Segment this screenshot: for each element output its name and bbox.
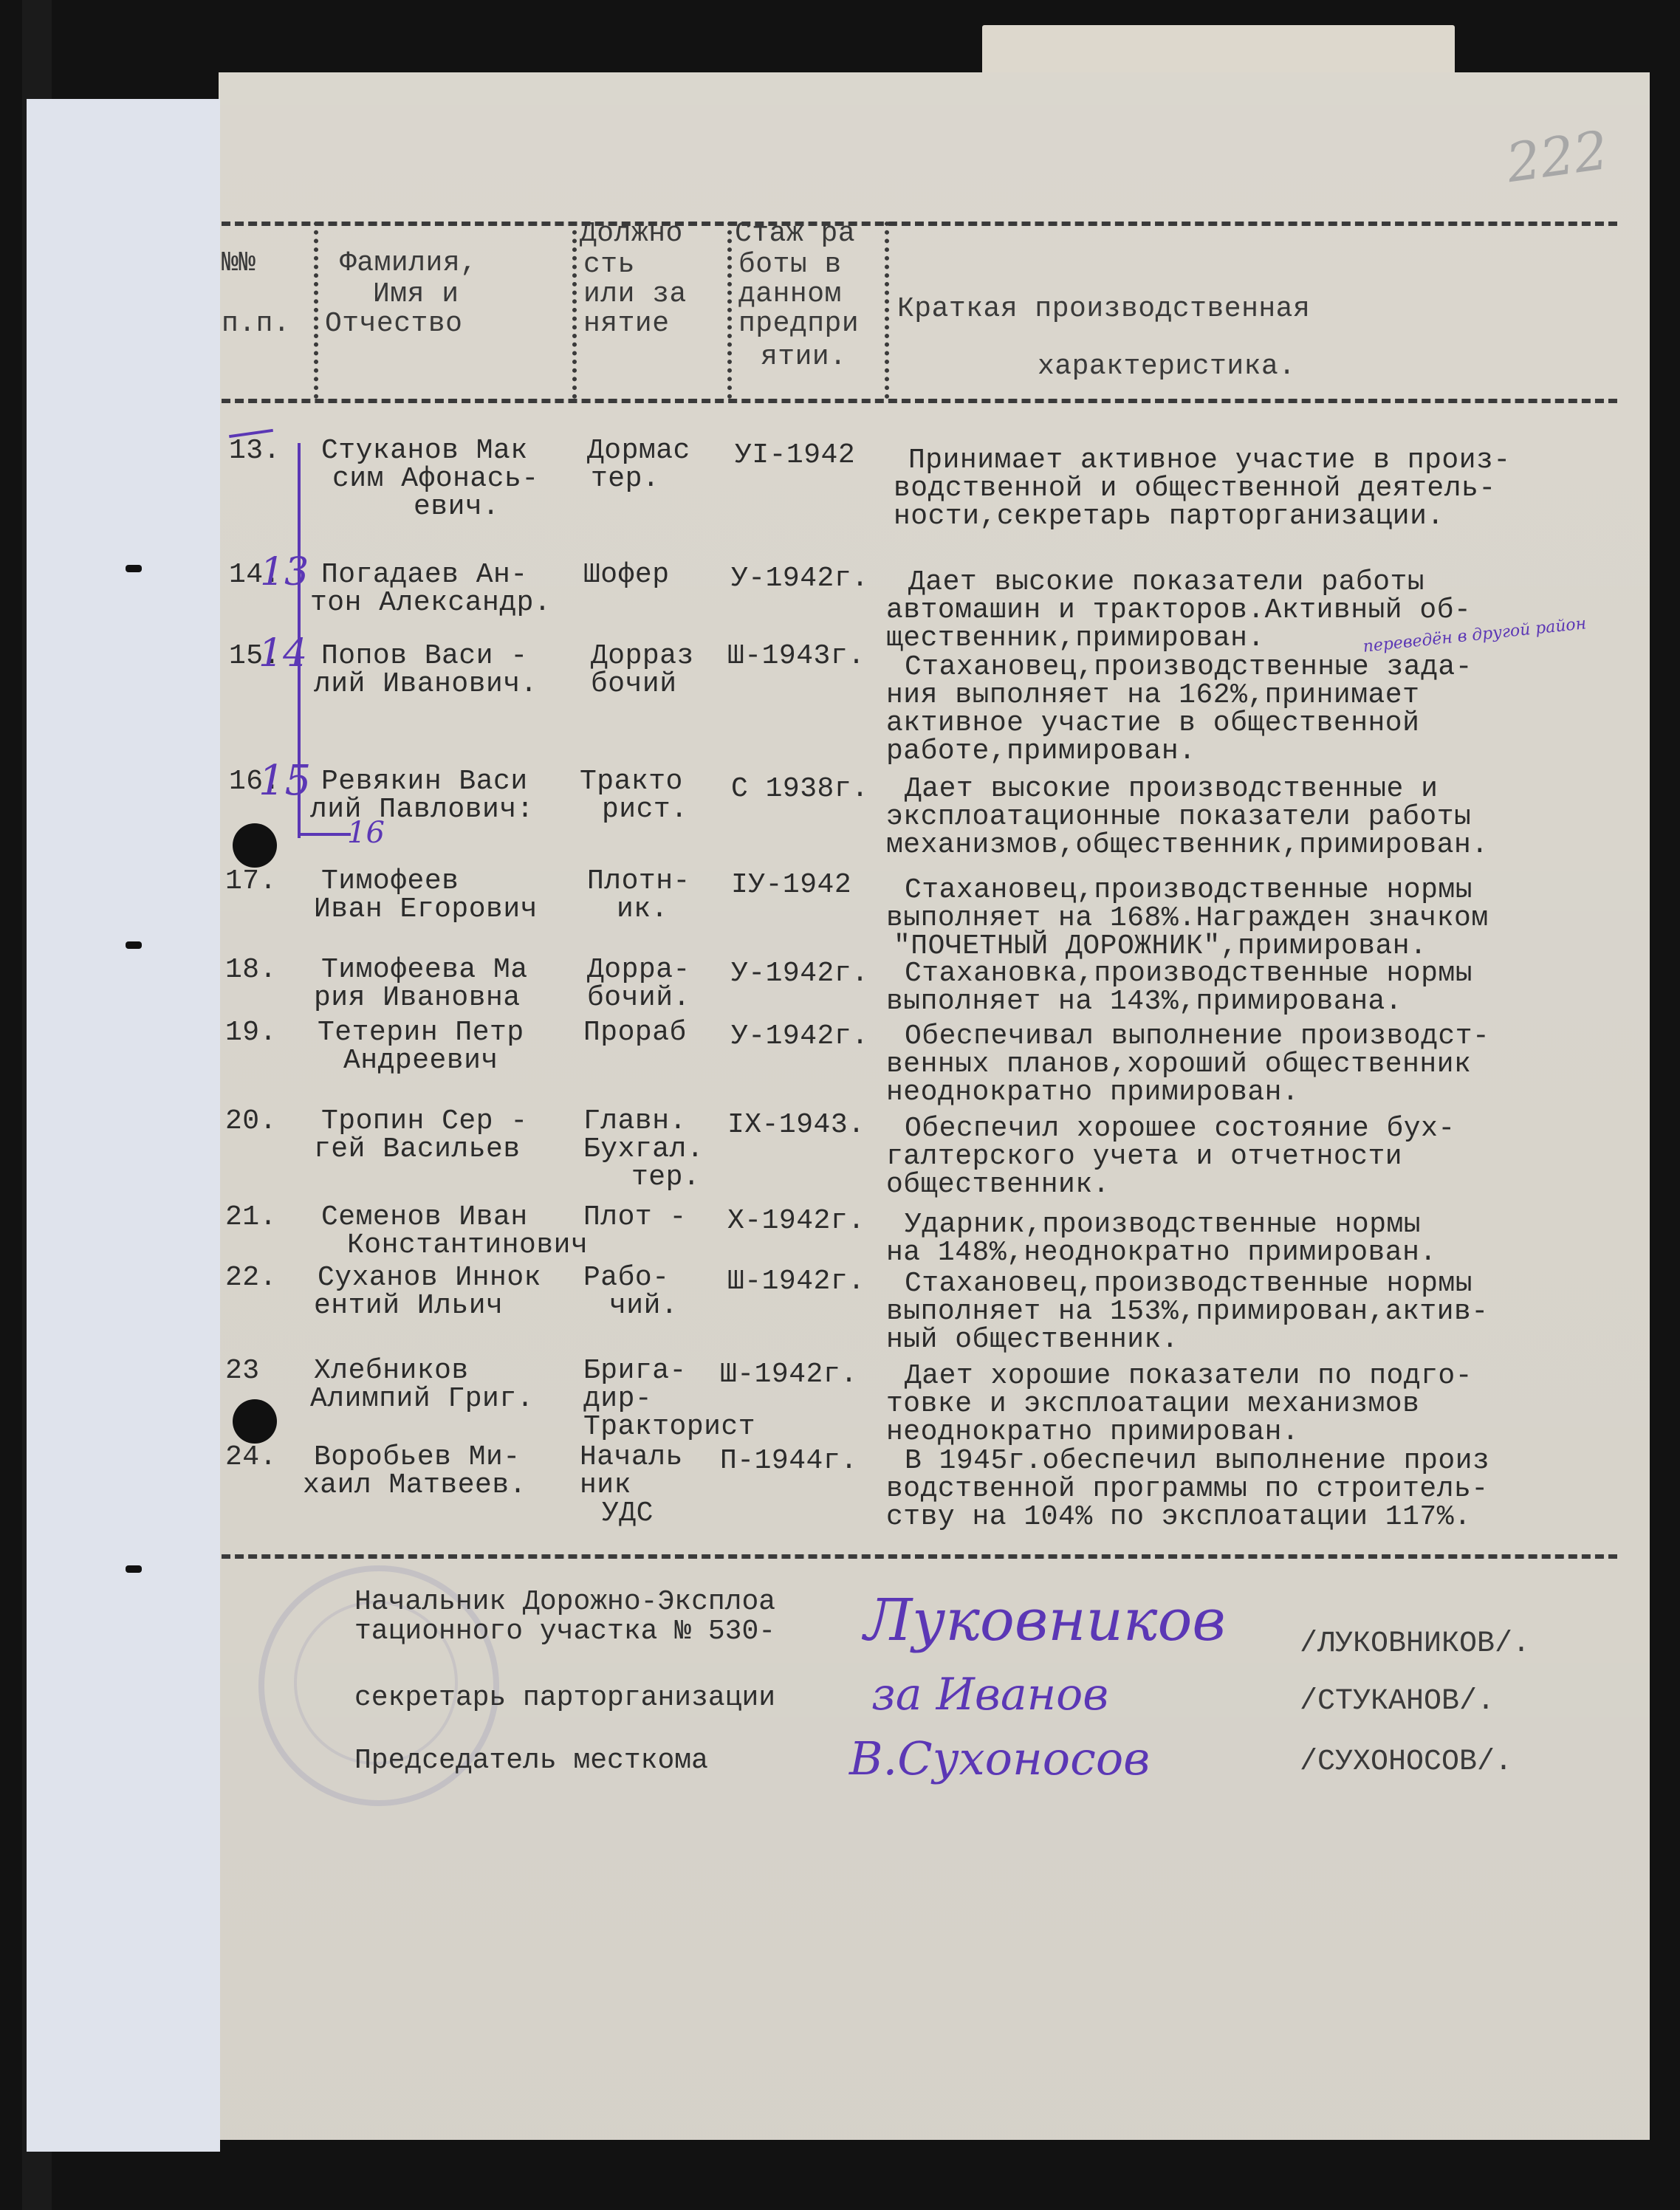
row-name: Тропин Сер -: [321, 1108, 528, 1136]
row-name: Иван Егорович: [314, 896, 538, 924]
row-position: Плотн-: [587, 868, 690, 896]
handwritten-signature: за Иванов: [871, 1669, 1108, 1720]
header-desc-line1: Краткая производственная: [897, 295, 1310, 323]
row-name: рия Ивановна: [314, 984, 521, 1012]
row-number: 22.: [225, 1264, 277, 1292]
row-name: Хлебников: [314, 1357, 469, 1385]
correction-number: 13: [260, 550, 309, 594]
signer-title: тационного участка № 530-: [354, 1617, 775, 1647]
margin-mark: [126, 565, 142, 572]
row-tenure: IХ-1943.: [727, 1111, 865, 1139]
row-name: Семенов Иван: [321, 1204, 528, 1232]
row-position: Плот -: [583, 1204, 687, 1232]
row-desc: водственной программы по строитель-: [886, 1475, 1489, 1503]
signer-name: /СТУКАНОВ/.: [1300, 1687, 1495, 1717]
row-name: Погадаев Ан-: [321, 561, 528, 589]
row-name: Суханов Иннок: [318, 1264, 541, 1292]
header-name-line1: Фамилия,: [340, 250, 477, 278]
row-tenure: Х-1942г.: [727, 1207, 865, 1235]
header-tenure-line4: предпри: [738, 310, 859, 338]
row-position: Главн.: [583, 1108, 687, 1136]
row-tenure: IУ-1942: [731, 871, 851, 899]
row-number: 18.: [225, 956, 277, 984]
row-name: Тетерин Петр: [318, 1019, 524, 1047]
row-tenure: У-1942г.: [731, 1023, 868, 1051]
row-position: тер.: [631, 1164, 700, 1192]
row-name: евич.: [414, 493, 500, 521]
row-desc: выполняет на 143%,примирована.: [886, 988, 1402, 1016]
row-desc: эксплоатационные показатели работы: [886, 803, 1471, 831]
row-position: Брига-: [583, 1357, 687, 1385]
row-number: 17.: [225, 868, 277, 896]
row-position: рист.: [602, 796, 688, 824]
row-desc: Дает высокие производственные и: [905, 775, 1438, 803]
header-position-line1: Должно: [580, 220, 683, 248]
table-top-rule: [222, 222, 1617, 226]
row-position: УДС: [602, 1500, 654, 1528]
row-name: хаил Матвеев.: [303, 1472, 527, 1500]
row-name: Стуканов Мак: [321, 437, 528, 465]
handwritten-signature: В.Сухоносов: [849, 1732, 1150, 1785]
row-number: 19.: [225, 1019, 277, 1047]
row-tenure: С 1938г.: [731, 775, 868, 803]
row-desc: Дает хорошие показатели по подго-: [905, 1362, 1472, 1390]
row-tenure: Ш-1943г.: [727, 642, 865, 670]
row-name: ентий Ильич: [314, 1292, 503, 1320]
signer-name: /СУХОНОСОВ/.: [1300, 1748, 1512, 1777]
row-position: чий.: [609, 1292, 678, 1320]
row-tenure: У-1942г.: [731, 960, 868, 988]
row-name: Попов Васи -: [321, 642, 528, 670]
row-desc: ности,секретарь парторганизации.: [894, 503, 1444, 531]
row-desc: Дает высокие показатели работы: [908, 569, 1424, 597]
archive-margin-strip: [27, 99, 220, 2152]
row-position: Дорраз: [591, 642, 694, 670]
row-desc: механизмов,общественник,примирован.: [886, 831, 1489, 859]
row-desc: работе,примирован.: [886, 738, 1196, 766]
header-position-line3: или за: [583, 281, 687, 309]
header-num-line1: №№: [222, 250, 256, 278]
row-position: бочий: [591, 670, 677, 699]
row-name: Андреевич: [343, 1047, 498, 1075]
row-desc: водственной и общественной деятель-: [894, 475, 1496, 503]
signer-name: /ЛУКОВНИКОВ/.: [1300, 1630, 1530, 1659]
row-position: бочий.: [587, 984, 690, 1012]
row-desc: Принимает активное участие в произ-: [908, 447, 1511, 475]
table-bottom-rule: [222, 1554, 1617, 1559]
row-number: 20.: [225, 1108, 277, 1136]
row-desc: неоднократно примирован.: [886, 1418, 1299, 1447]
row-position: ник: [580, 1472, 631, 1500]
header-num-line2: п.п.: [222, 310, 290, 338]
row-desc: галтерского учета и отчетности: [886, 1143, 1402, 1171]
row-desc: Стахановец,производственные зада-: [905, 653, 1472, 682]
header-tenure-line1: Стаж ра: [735, 220, 855, 248]
row-name: сим Афонась-: [332, 465, 539, 493]
row-number: 24.: [225, 1444, 277, 1472]
row-position: Тракторист: [583, 1413, 755, 1441]
row-position: тер.: [591, 465, 659, 493]
header-tenure-line3: данном: [738, 281, 842, 309]
row-desc: товке и эксплоатации механизмов: [886, 1390, 1419, 1418]
row-tenure: УI-1942: [735, 442, 855, 470]
row-tenure: Ш-1942г.: [720, 1361, 857, 1389]
row-desc: общественник.: [886, 1171, 1110, 1199]
row-desc: Стахановка,производственные нормы: [905, 960, 1472, 988]
table-header-rule: [222, 399, 1617, 403]
row-position: Началь: [580, 1444, 683, 1472]
row-desc: выполняет на 153%,примирован,актив-: [886, 1298, 1489, 1326]
row-position: Прораб: [583, 1019, 687, 1047]
header-tenure-line5: ятии.: [761, 343, 847, 371]
row-position: ик.: [617, 896, 668, 924]
row-name: гей Васильев: [314, 1136, 521, 1164]
row-desc: ству на 104% по эксплоатации 117%.: [886, 1503, 1471, 1531]
row-desc: Стахановец,производственные нормы: [905, 876, 1472, 905]
row-name: тон Александр.: [310, 589, 551, 617]
margin-mark: [126, 941, 142, 949]
row-desc: выполняет на 168%.Награжден значком: [886, 905, 1489, 933]
row-desc: "ПОЧЕТНЫЙ ДОРОЖНИК",примирован.: [894, 933, 1427, 961]
row-desc: В 1945г.обеспечил выполнение произ: [905, 1447, 1489, 1475]
row-position: Дормас: [587, 437, 690, 465]
row-desc: Ударник,производственные нормы: [905, 1211, 1421, 1239]
signer-title: секретарь парторганизации: [354, 1684, 775, 1713]
bracket-line: [298, 443, 301, 838]
column-separator: [572, 222, 577, 399]
row-desc: автомашин и тракторов.Активный об-: [886, 597, 1471, 625]
row-number: 13.: [229, 437, 281, 465]
row-position: Бухгал.: [583, 1136, 704, 1164]
row-desc: Обеспечивал выполнение производст-: [905, 1023, 1489, 1051]
row-position: Тракто: [580, 768, 683, 796]
row-name: Алимпий Григ.: [310, 1385, 534, 1413]
row-desc: неоднократно примирован.: [886, 1079, 1299, 1107]
row-desc: ния выполняет на 162%,принимает: [886, 682, 1419, 710]
row-desc: активное участие в общественной: [886, 710, 1419, 738]
row-name: Ревякин Васи: [321, 768, 528, 796]
header-name-line2: Имя и: [373, 281, 459, 309]
row-name: Тимофеев: [321, 868, 459, 896]
row-name: Тимофеева Ма: [321, 956, 528, 984]
row-number: 21.: [225, 1204, 277, 1232]
header-tenure-line2: боты в: [738, 251, 842, 279]
header-position-line2: сть: [583, 251, 635, 279]
signer-title: Начальник Дорожно-Эксплоа: [354, 1588, 775, 1617]
row-desc: ный общественник.: [886, 1326, 1179, 1354]
punch-hole: [233, 823, 277, 868]
signer-title: Председатель месткома: [354, 1746, 708, 1776]
header-position-line4: нятие: [583, 310, 670, 338]
row-name: Воробьев Ми-: [314, 1444, 521, 1472]
row-name: лий Иванович.: [314, 670, 538, 699]
arrow-target: 16: [347, 816, 385, 850]
punch-hole: [233, 1399, 277, 1444]
row-name: лий Павлович:: [310, 796, 534, 824]
row-desc: Обеспечил хорошее состояние бух-: [905, 1115, 1456, 1143]
row-tenure: У-1942г.: [731, 565, 868, 593]
row-tenure: Ш-1942г.: [727, 1268, 865, 1296]
correction-number: 15: [258, 757, 311, 805]
column-separator: [314, 222, 318, 399]
column-separator: [727, 222, 732, 399]
row-desc: Стахановец,производственные нормы: [905, 1270, 1472, 1298]
row-desc: щественник,примирован.: [886, 625, 1265, 653]
row-position: Шофер: [583, 561, 670, 589]
header-name-line3: Отчество: [325, 310, 462, 338]
arrow-icon: [299, 833, 351, 836]
handwritten-signature: Луковников: [864, 1588, 1226, 1654]
row-desc: на 148%,неоднократно примирован.: [886, 1239, 1437, 1267]
row-position: Рабо-: [583, 1264, 670, 1292]
margin-mark: [126, 1565, 142, 1573]
row-number: 23: [225, 1357, 260, 1385]
column-separator: [885, 222, 889, 399]
row-position: Дорра-: [587, 956, 690, 984]
row-name: Константинович: [347, 1232, 588, 1260]
row-tenure: П-1944г.: [720, 1447, 857, 1475]
header-desc-line2: характеристика.: [1038, 353, 1296, 381]
row-desc: венных планов,хороший общественник: [886, 1051, 1471, 1079]
row-position: дир-: [583, 1385, 652, 1413]
